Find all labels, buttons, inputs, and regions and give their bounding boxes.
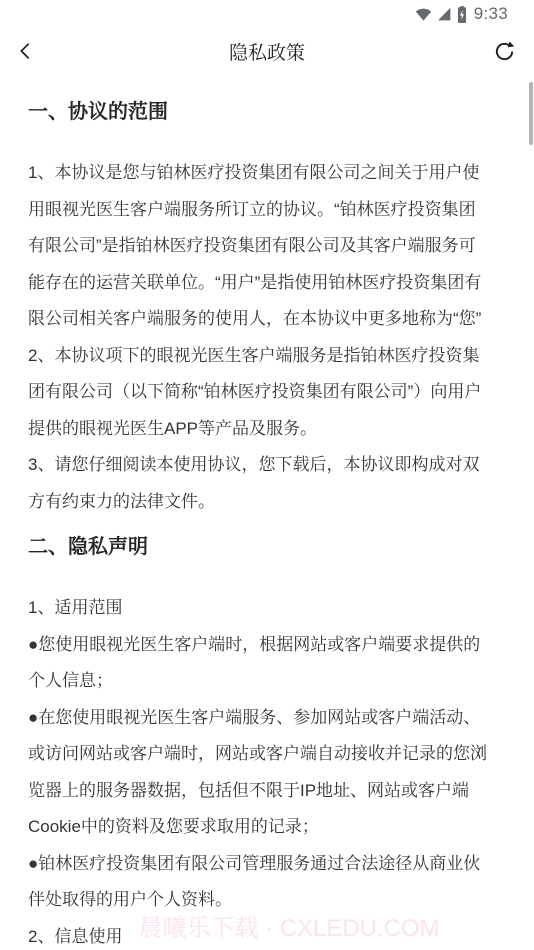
- page-title: 隐私政策: [0, 28, 534, 74]
- section-body-scope: 1、本协议是您与铂林医疗投资集团有限公司之间关于用户使 用眼视光医生客户端服务所…: [28, 155, 506, 520]
- status-bar: 9:33: [0, 0, 534, 28]
- status-time: 9:33: [474, 4, 508, 24]
- policy-content: 一、协议的范围 1、本协议是您与铂林医疗投资集团有限公司之间关于用户使 用眼视光…: [0, 74, 534, 950]
- section-heading-scope: 一、协议的范围: [28, 99, 506, 125]
- wifi-icon: [415, 8, 432, 21]
- cellular-signal-icon: [437, 7, 452, 21]
- scrollbar[interactable]: [529, 82, 533, 145]
- section-heading-privacy: 二、隐私声明: [28, 534, 506, 560]
- refresh-icon: [493, 40, 516, 63]
- nav-bar: 隐私政策: [0, 28, 534, 74]
- refresh-button[interactable]: [493, 39, 516, 63]
- section-body-privacy: 1、适用范围 ●您使用眼视光医生客户端时，根据网站或客户端要求提供的 个人信息；…: [28, 590, 506, 950]
- battery-charging-icon: [457, 6, 467, 23]
- privacy-policy-screen: 9:33 隐私政策 一、协议的范围 1、本协议是您与铂林医疗投资集团有限公司之间…: [0, 0, 534, 950]
